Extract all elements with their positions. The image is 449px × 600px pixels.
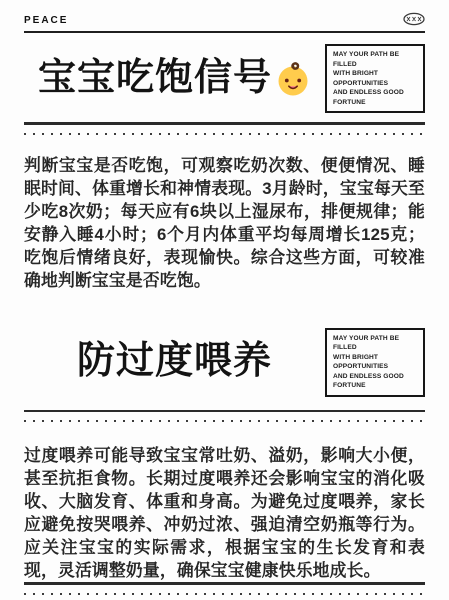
badge-line: MAY YOUR PATH BE FILLED (333, 50, 419, 69)
divider-dotted (24, 593, 425, 595)
section-head: 防过度喂养 MAY YOUR PATH BE FILLED WITH BRIGH… (24, 328, 425, 397)
badge-line: WITH BRIGHT OPPORTUNITIES (333, 353, 419, 372)
brand-label: PEACE (24, 15, 68, 26)
fortune-badge: MAY YOUR PATH BE FILLED WITH BRIGHT OPPO… (325, 328, 425, 397)
section-feeding-signals: 宝宝吃饱信号 MAY YOUR PATH BE FILLED WITH BRIG… (24, 33, 425, 292)
poster-page: PEACE 宝宝吃饱信号 (0, 0, 449, 600)
divider-dotted (24, 133, 425, 135)
footer-divider (24, 582, 425, 595)
section-title: 防过度喂养 (77, 341, 272, 382)
title-wrap: 防过度喂养 (24, 341, 325, 382)
badge-line: WITH BRIGHT OPPORTUNITIES (333, 69, 419, 88)
divider-solid (24, 122, 425, 125)
oval-stamp-icon (403, 12, 425, 26)
section-head: 宝宝吃饱信号 MAY YOUR PATH BE FILLED WITH BRIG… (24, 44, 425, 113)
divider-solid (24, 582, 425, 585)
section-prevent-overfeeding: 防过度喂养 MAY YOUR PATH BE FILLED WITH BRIGH… (24, 292, 425, 583)
badge-line: AND ENDLESS GOOD FORTUNE (333, 88, 419, 107)
header: PEACE (24, 0, 425, 33)
badge-line: AND ENDLESS GOOD FORTUNE (333, 372, 419, 391)
title-wrap: 宝宝吃饱信号 (24, 58, 325, 99)
section-body: 过度喂养可能导致宝宝常吐奶、溢奶，影响大小便，甚至抗拒食物。长期过度喂养还会影响… (24, 444, 425, 582)
fortune-badge: MAY YOUR PATH BE FILLED WITH BRIGHT OPPO… (325, 44, 425, 113)
baby-face-icon (275, 61, 311, 97)
badge-line: MAY YOUR PATH BE FILLED (333, 334, 419, 353)
divider-dotted (24, 420, 425, 422)
divider-solid (24, 410, 425, 413)
section-title: 宝宝吃饱信号 (38, 58, 272, 99)
section-body: 判断宝宝是否吃饱，可观察吃奶次数、便便情况、睡眠时间、体重增长和神情表现。3月龄… (24, 154, 425, 292)
